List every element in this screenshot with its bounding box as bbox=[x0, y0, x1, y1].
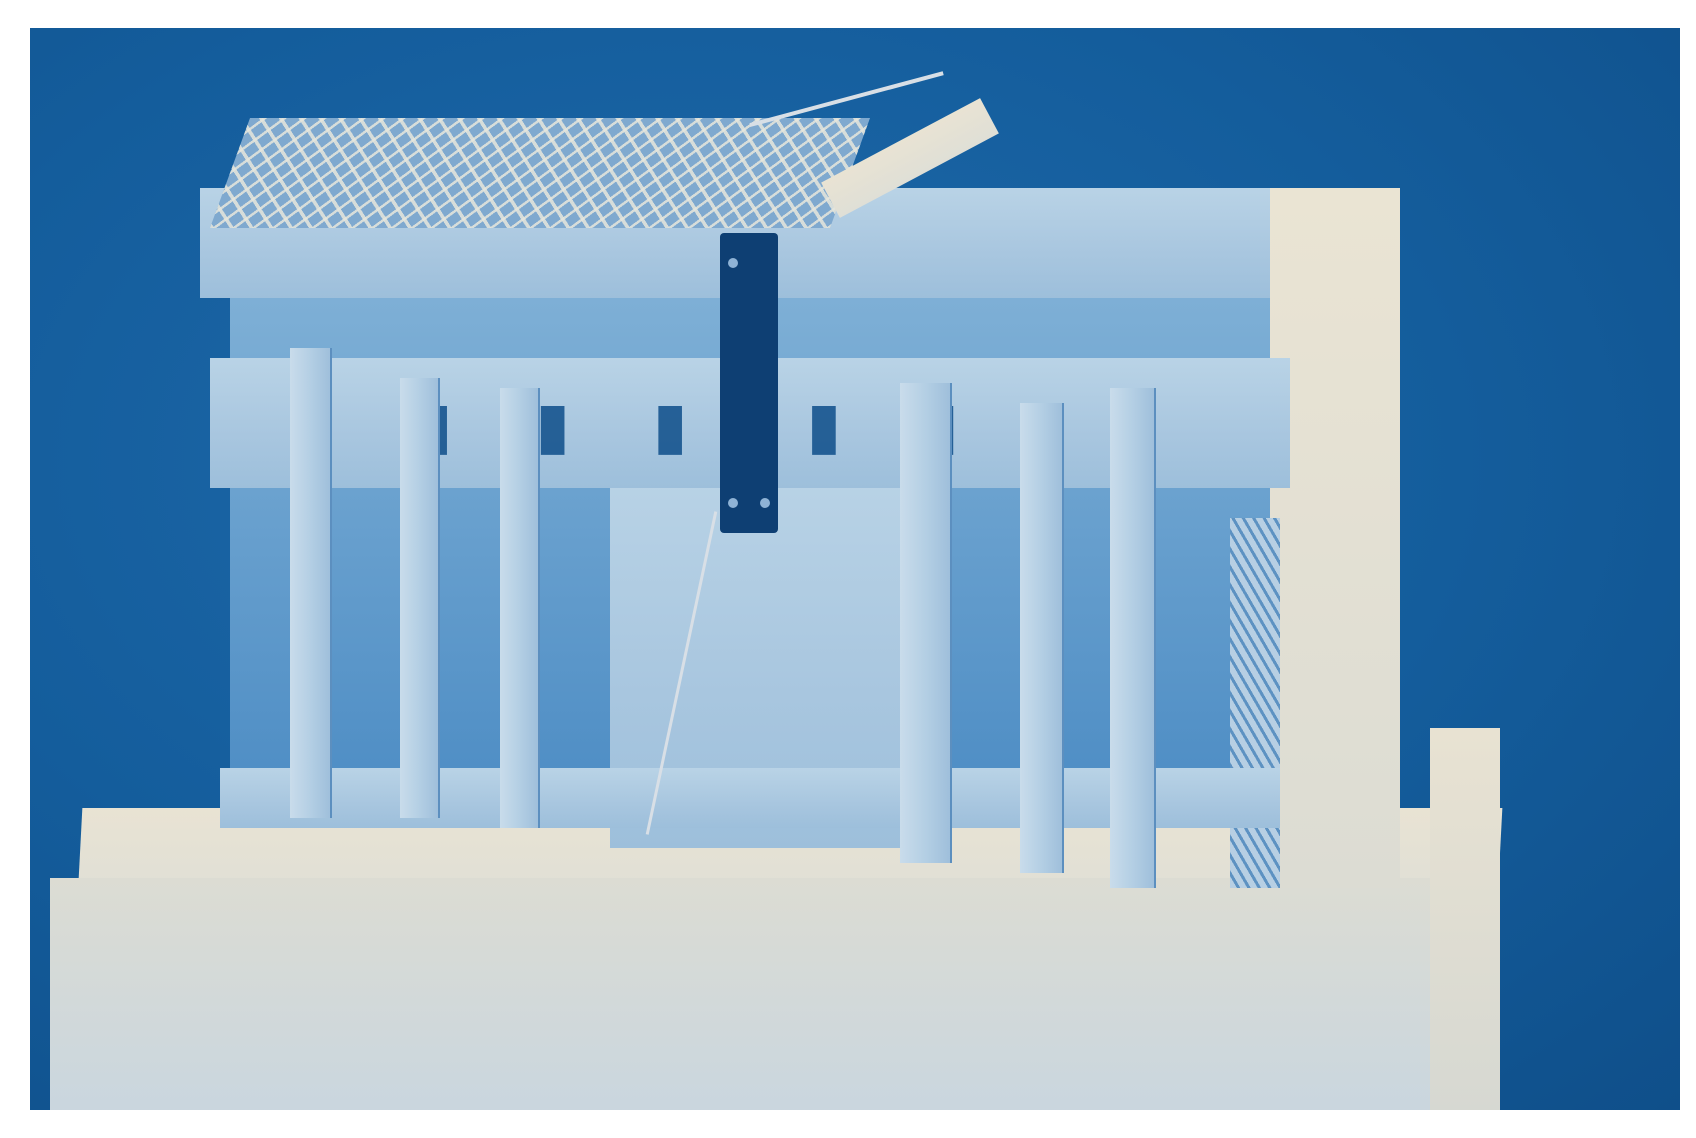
base-box-front bbox=[50, 878, 1450, 1110]
slat bbox=[900, 383, 950, 863]
slat bbox=[1110, 388, 1154, 888]
slat bbox=[290, 348, 330, 818]
cyanotype-photo: ▮ ▮ ▮ ▮N▮ ▮ bbox=[30, 28, 1680, 1110]
spring-latch-plate bbox=[720, 233, 778, 533]
latch-bolt bbox=[760, 498, 770, 508]
crate-side-panel bbox=[1270, 188, 1400, 888]
crate-side-diagonal-boards bbox=[1230, 518, 1280, 888]
slat bbox=[1020, 403, 1062, 873]
latch-bolt bbox=[728, 258, 738, 268]
base-box-side bbox=[1430, 728, 1500, 1110]
slat bbox=[500, 388, 538, 828]
latch-bolt bbox=[728, 498, 738, 508]
wire-mesh-lid bbox=[210, 118, 870, 228]
slat bbox=[400, 378, 438, 818]
